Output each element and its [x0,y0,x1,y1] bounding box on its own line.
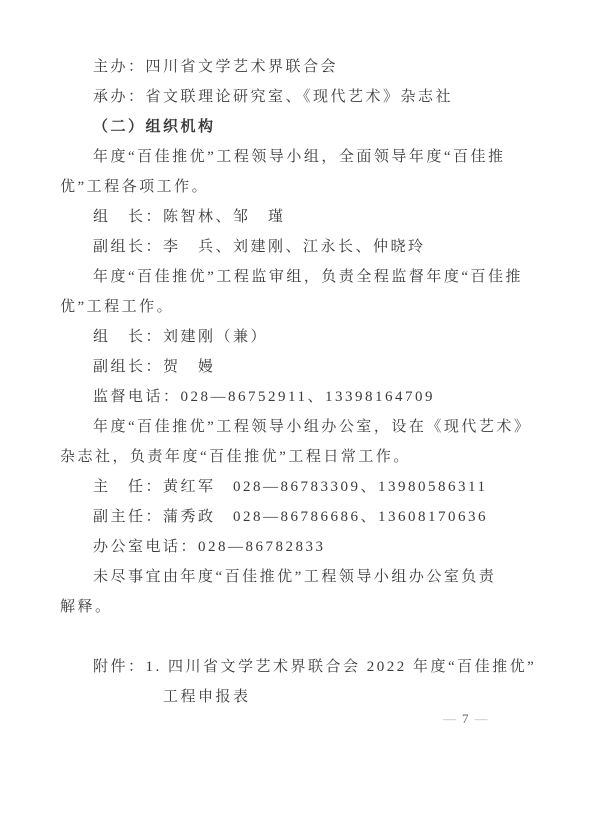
office-line-1: 年度“百佳推优”工程领导小组办公室，设在《现代艺术》 [60,412,548,442]
organizer-line: 承办：省文联理论研究室、《现代艺术》杂志社 [60,82,548,112]
attachment-line-2: 工程申报表 [60,682,548,712]
page-number-dash-left: — [438,711,462,726]
supervision-deputy-line: 副组长：贺 嫚 [60,352,548,382]
supervision-group-line-1: 年度“百佳推优”工程监审组，负责全程监督年度“百佳推 [60,262,548,292]
group-leader-line: 组 长：陈智林、邹 瑾 [60,202,548,232]
document-page: 主办：四川省文学艺术界联合会 承办：省文联理论研究室、《现代艺术》杂志社 （二）… [0,0,600,814]
section-heading-organization: （二）组织机构 [60,112,548,142]
office-director-line: 主 任：黄红军 028—86783309、13980586311 [60,472,548,502]
supervision-group-line-2: 优”工程工作。 [60,292,548,322]
page-number: —7— [438,710,494,728]
page-number-dash-right: — [470,711,494,726]
office-line-2: 杂志社，负责年度“百佳推优”工程日常工作。 [60,442,548,472]
leading-group-line-2: 优”工程各项工作。 [60,172,548,202]
office-deputy-director-line: 副主任：蒲秀政 028—86786686、13608170636 [60,502,548,532]
disclaimer-line-2: 解释。 [60,592,548,622]
page-number-value: 7 [462,711,470,726]
deputy-leaders-line: 副组长：李 兵、刘建刚、江永长、仲晓玲 [60,232,548,262]
leading-group-line-1: 年度“百佳推优”工程领导小组，全面领导年度“百佳推 [60,142,548,172]
supervision-phone-line: 监督电话：028—86752911、13398164709 [60,382,548,412]
attachment-line-1: 附件：1. 四川省文学艺术界联合会 2022 年度“百佳推优” [60,652,548,682]
document-body: 主办：四川省文学艺术界联合会 承办：省文联理论研究室、《现代艺术》杂志社 （二）… [60,52,548,712]
sponsor-line: 主办：四川省文学艺术界联合会 [60,52,548,82]
disclaimer-line-1: 未尽事宜由年度“百佳推优”工程领导小组办公室负责 [60,562,548,592]
supervision-leader-line: 组 长：刘建刚（兼） [60,322,548,352]
office-phone-line: 办公室电话：028—86782833 [60,532,548,562]
